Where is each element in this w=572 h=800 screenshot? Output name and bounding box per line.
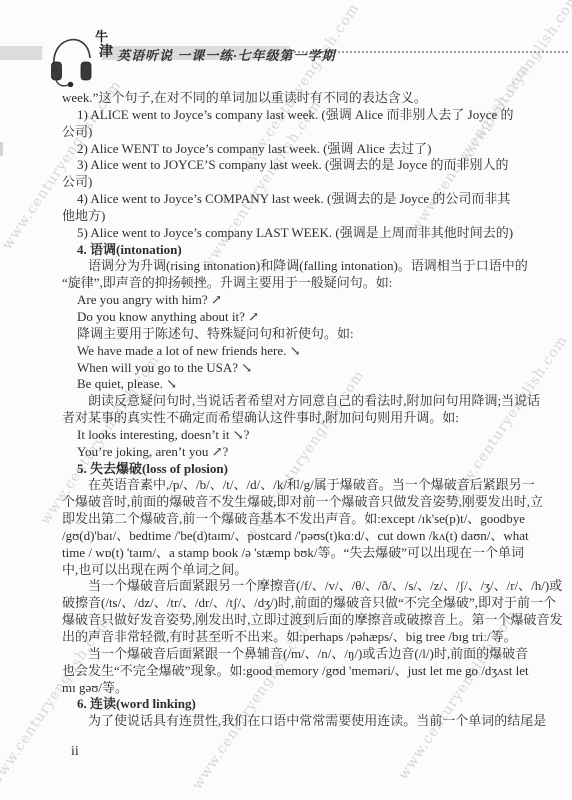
text-line: 3) Alice went to JOYCE’S company last we… [62, 157, 514, 174]
text-line: 公司) [62, 174, 514, 191]
text-line: 爆破音只做好发音姿势,刚发出时,立即过渡到后面的摩擦音或破擦音上。第一个爆破音发 [62, 612, 514, 629]
text-line: 在英语音素中,/p/、/b/、/t/、/d/、/k/和/g/属于爆破音。当一个爆… [62, 477, 514, 494]
text-line: 4. 语调(intonation) [62, 242, 514, 259]
text-line: 也会发生“不完全爆破”现象。如:good memory /gʊd 'meməri… [62, 663, 514, 680]
text-line: Do you know anything about it? ↗ [62, 309, 514, 326]
text-line: 出的声音非常轻微,有时甚至听不出来。如:perhaps /pəhæps/、big… [62, 629, 514, 646]
text-line: Be quiet, please. ↘ [62, 376, 514, 393]
text-line: 当一个爆破音后面紧跟另一个摩擦音(/f/、/v/、/θ/、/ð/、/s/、/z/… [62, 578, 514, 595]
text-line: 降调主要用于陈述句、特殊疑问句和祈使句。如: [62, 326, 514, 343]
text-line: 中,也可以出现在两个单词之间。 [62, 562, 514, 579]
left-edge-mark [0, 142, 3, 156]
text-line: 朗读反意疑问句时,当说话者希望对方同意自己的看法时,附加问句用降调;当说话 [62, 393, 514, 410]
page-number: ii [71, 744, 79, 760]
text-line: 即发出第二个爆破音,前一个爆破音基本不发出声音。如:except /ɪk'se(… [62, 511, 514, 528]
text-line: 个爆破音时,前面的爆破音不发生爆破,即对前一个爆破音只做发音姿势,刚要发出时,立 [62, 494, 514, 511]
headset-icon [50, 25, 94, 87]
text-line: “旋律”,即声音的抑扬顿挫。升调主要用于一般疑问句。如: [62, 275, 514, 292]
text-line: 5) Alice went to Joyce’s company LAST WE… [62, 225, 514, 242]
text-line: 破擦音(/ts/、/dz/、/tr/、/dr/、/tʃ/、/dʒ/)时,前面的爆… [62, 595, 514, 612]
text-line: 4) Alice went to Joyce’s COMPANY last we… [62, 191, 514, 208]
text-line: 他地方) [62, 208, 514, 225]
page-body-text: week.”这个句子,在对不同的单词加以重读时有不同的表达含义。1) ALICE… [62, 90, 514, 730]
text-line: 当一个爆破音后面紧跟一个鼻辅音(/m/、/n/、/ŋ/)或舌边音(/l/)时,前… [62, 646, 514, 663]
text-line: week.”这个句子,在对不同的单词加以重读时有不同的表达含义。 [62, 90, 514, 107]
text-line: 为了使说话具有连贯性,我们在口语中常常需要使用连读。当前一个单词的结尾是 [62, 713, 514, 730]
text-line: 6. 连读(word linking) [62, 696, 514, 713]
text-line: When will you go to the USA? ↘ [62, 360, 514, 377]
text-line: It looks interesting, doesn’t it ↘? [62, 427, 514, 444]
series-title: 英语听说 一课一练·七年级第一学期 [117, 45, 336, 64]
text-line: 公司) [62, 124, 514, 141]
text-line: 1) ALICE went to Joyce’s company last we… [62, 107, 514, 124]
text-line: 5. 失去爆破(loss of plosion) [62, 461, 514, 478]
text-line: 语调分为升调(rising intonation)和降调(falling int… [62, 258, 514, 275]
text-line: 2) Alice WENT to Joyce’s company last we… [62, 141, 514, 158]
text-line: Are you angry with him? ↗ [62, 292, 514, 309]
logo-char-niu: 牛 [95, 30, 108, 44]
text-line: time / wɒ(t) 'taɪm/、a stamp book /ə 'stæ… [62, 545, 514, 562]
text-line: We have made a lot of new friends here. … [62, 343, 514, 360]
text-line: /gʊ(d)'baɪ/、bedtime /'be(d)taɪm/、postcar… [62, 528, 514, 545]
text-line: You’re joking, aren’t you ↗? [62, 444, 514, 461]
logo-char-jin: 津 [99, 45, 113, 60]
text-line: 者对某事的真实性不确定而希望确认这件事时,附加问句则用升调。如: [62, 410, 514, 427]
text-line: mɪ gəʊ/等。 [62, 680, 514, 697]
